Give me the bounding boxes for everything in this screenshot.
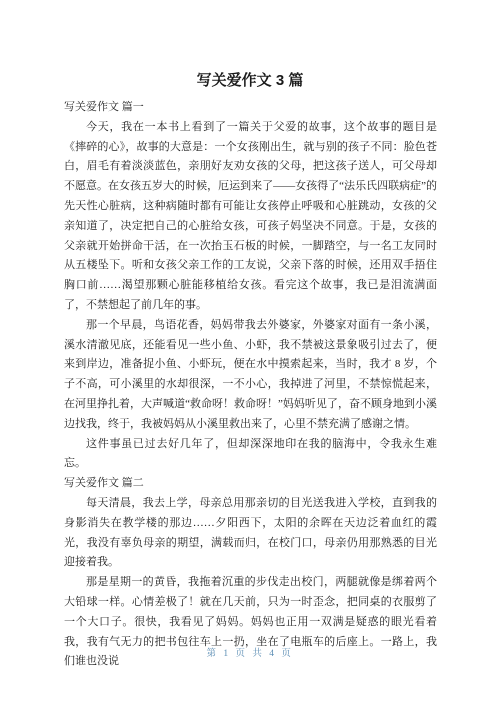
page-title: 写关爱作文 3 篇 — [0, 70, 500, 92]
essay1-paragraph-1: 今天，我在一本书上看到了一篇关于父爱的故事，这个故事的题目是《摔碎的心》，故事的… — [64, 118, 437, 316]
document-body: 写关爱作文 篇一 今天，我在一本书上看到了一篇关于父爱的故事，这个故事的题目是《… — [64, 98, 437, 672]
page-number-footer: 第 1 页 共 4 页 — [0, 645, 500, 659]
essay2-paragraph-1: 每天清晨，我去上学，母亲总用那亲切的目光送我进入学校，直到我的身影消失在教学楼的… — [64, 494, 437, 573]
essay-heading-1: 写关爱作文 篇一 — [64, 98, 437, 118]
document-page: 写关爱作文 3 篇 写关爱作文 篇一 今天，我在一本书上看到了一篇关于父爱的故事… — [0, 0, 500, 707]
essay1-paragraph-3: 这件事虽已过去好几年了，但却深深地印在我的脑海中，令我永生难忘。 — [64, 435, 437, 475]
essay1-paragraph-2: 那一个早晨，鸟语花香，妈妈带我去外婆家，外婆家对面有一条小溪，溪水清澈见底，还能… — [64, 316, 437, 435]
essay-heading-2: 写关爱作文 篇二 — [64, 474, 437, 494]
